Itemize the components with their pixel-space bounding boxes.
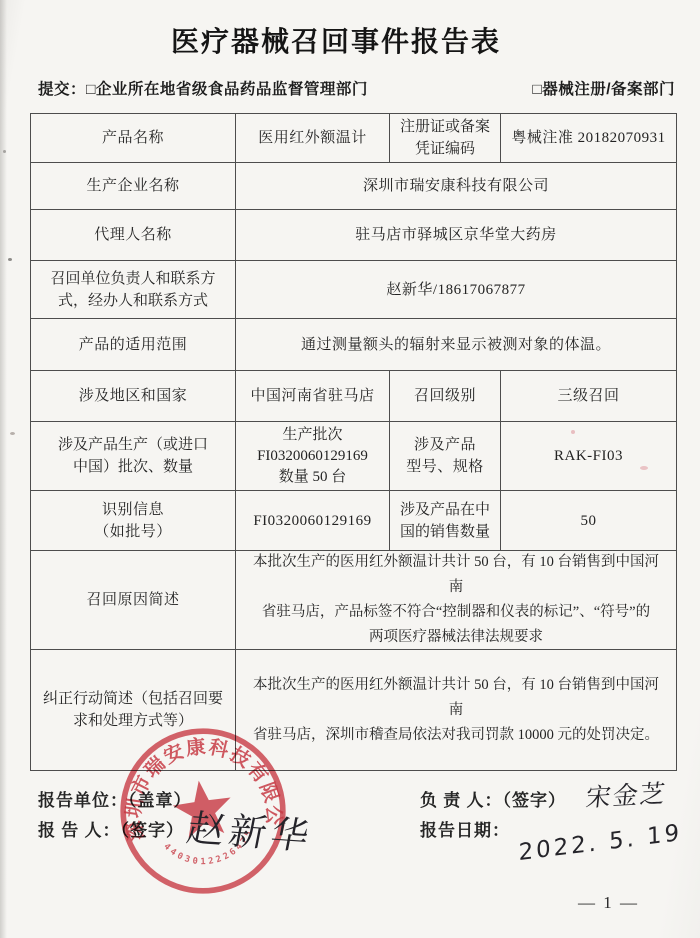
table-row-manufacturer: 生产企业名称 深圳市瑞安康科技有限公司 xyxy=(31,163,676,210)
scan-speck xyxy=(10,432,15,435)
cell-manufacturer-label: 生产企业名称 xyxy=(31,163,236,209)
recall-report-table: 产品名称 医用红外额温计 注册证或备案凭证编码 粤械注准 20182070931… xyxy=(30,113,677,771)
table-row-contact: 召回单位负责人和联系方式，经办人和联系方式 赵新华/18617067877 xyxy=(31,261,676,319)
text-line: 纠正行动简述（包括召回要 xyxy=(43,688,223,710)
text-line: 凭证编码 xyxy=(415,138,475,160)
cell-sales-qty-label: 涉及产品在中国的销售数量 xyxy=(390,491,501,550)
table-row-region: 涉及地区和国家 中国河南省驻马店 召回级别 三级召回 xyxy=(31,371,676,422)
text-line: 数量 50 台 xyxy=(279,467,347,488)
cell-identification-label: 识别信息（如批号） xyxy=(31,491,236,550)
text-line: 赵新华/18617067877 xyxy=(386,279,525,301)
cell-model-label: 涉及产品型号、规格 xyxy=(390,422,501,490)
report-date-label: 报告日期： xyxy=(420,821,510,840)
text-line: FI0320060129169 xyxy=(253,510,371,532)
text-line: 涉及地区和国家 xyxy=(79,385,188,407)
cell-recall-level-label: 召回级别 xyxy=(390,371,501,421)
text-line: 召回单位负责人和联系方 xyxy=(50,268,215,290)
submit-row: 提交：□企业所在地省级食品药品监督管理部门 □器械注册/备案部门 xyxy=(38,77,675,99)
text-line: 中国）批次、数量 xyxy=(73,456,193,478)
text-line: 本批次生产的医用红外额温计共计 50 台，有 10 台销售到中国河南 xyxy=(246,673,666,723)
table-row-product: 产品名称 医用红外额温计 注册证或备案凭证编码 粤械注准 20182070931 xyxy=(31,114,676,163)
cell-contact-label: 召回单位负责人和联系方式，经办人和联系方式 xyxy=(31,261,236,318)
text-line: 两项医疗器械法律法规要求 xyxy=(369,625,543,650)
cell-agent-value: 驻马店市驿城区京华堂大药房 xyxy=(236,210,676,260)
text-line: 驻马店市驿城区京华堂大药房 xyxy=(355,224,557,246)
text-line: 中国河南省驻马店 xyxy=(250,385,374,407)
text-line: 注册证或备案 xyxy=(400,116,490,138)
scan-edge-shadow xyxy=(0,0,7,938)
cell-batch-value: 生产批次FI0320060129169数量 50 台 xyxy=(236,422,390,490)
text-line: RAK-FI03 xyxy=(554,445,623,467)
text-line: 省驻马店，深圳市稽查局依法对我司罚款 10000 元的处罚决定。 xyxy=(253,723,659,748)
responsible-line: 负 责 人：（签字） xyxy=(420,786,566,811)
text-line: FI0320060129169 xyxy=(257,446,368,467)
text-line: 通过测量额头的辐射来显示被测对象的体温。 xyxy=(301,334,611,356)
signature-reporter-handwritten: 赵新华 xyxy=(183,798,319,860)
submit-option-provincial: 提交：□企业所在地省级食品药品监督管理部门 xyxy=(38,77,368,99)
text-line: 国的销售数量 xyxy=(400,521,490,543)
cell-agent-label: 代理人名称 xyxy=(31,210,236,260)
cell-recall-level-value: 三级召回 xyxy=(501,371,676,421)
scan-speck xyxy=(8,258,12,261)
cell-registration-no-label: 注册证或备案凭证编码 xyxy=(390,114,501,162)
cell-scope-value: 通过测量额头的辐射来显示被测对象的体温。 xyxy=(236,319,676,370)
text-line: 召回原因简述 xyxy=(86,589,179,611)
text-line: 产品名称 xyxy=(102,127,164,149)
table-row-batch: 涉及产品生产（或进口中国）批次、数量 生产批次FI0320060129169数量… xyxy=(31,422,676,491)
cell-model-value: RAK-FI03 xyxy=(501,422,676,490)
responsible-label: 负 责 人： xyxy=(420,791,503,810)
submit-label: 提交： xyxy=(38,81,86,98)
cell-sales-qty-value: 50 xyxy=(501,491,676,550)
text-line: 涉及产品在中 xyxy=(400,499,490,521)
cell-batch-label: 涉及产品生产（或进口中国）批次、数量 xyxy=(31,422,236,490)
scan-speck xyxy=(3,150,6,153)
text-line: 本批次生产的医用红外额温计共计 50 台，有 10 台销售到中国河南 xyxy=(246,550,666,600)
text-line: 涉及产品 xyxy=(414,434,476,456)
text-line: 代理人名称 xyxy=(94,224,172,246)
table-row-recall-reason: 召回原因简述 本批次生产的医用红外额温计共计 50 台，有 10 台销售到中国河… xyxy=(31,551,676,650)
form-title: 医疗器械召回事件报告表 xyxy=(0,20,672,60)
table-row-agent: 代理人名称 驻马店市驿城区京华堂大药房 xyxy=(31,210,676,261)
cell-region-value: 中国河南省驻马店 xyxy=(236,371,390,421)
cell-registration-no-value: 粤械注准 20182070931 xyxy=(501,114,676,162)
cell-identification-value: FI0320060129169 xyxy=(236,491,390,550)
table-row-scope: 产品的适用范围 通过测量额头的辐射来显示被测对象的体温。 xyxy=(31,319,676,371)
text-line: 生产企业名称 xyxy=(86,175,179,197)
table-row-identification: 识别信息（如批号） FI0320060129169 涉及产品在中国的销售数量 5… xyxy=(31,491,676,551)
text-line: 式，经办人和联系方式 xyxy=(58,290,208,312)
text-line: 产品的适用范围 xyxy=(79,334,188,356)
cell-contact-value: 赵新华/18617067877 xyxy=(236,261,676,318)
text-line: 50 xyxy=(581,510,597,532)
text-line: 召回级别 xyxy=(414,385,476,407)
cell-region-label: 涉及地区和国家 xyxy=(31,371,236,421)
cell-recall-reason-value: 本批次生产的医用红外额温计共计 50 台，有 10 台销售到中国河南省驻马店，产… xyxy=(236,551,676,649)
text-line: 涉及产品生产（或进口 xyxy=(58,434,208,456)
checkbox-provincial-dept: □企业所在地省级食品药品监督管理部门 xyxy=(86,81,368,98)
cell-recall-reason-label: 召回原因简述 xyxy=(31,551,236,649)
report-date-line: 报告日期： xyxy=(420,816,510,841)
text-line: 生产批次 xyxy=(282,425,342,446)
cell-product-name-value: 医用红外额温计 xyxy=(236,114,390,162)
text-line: 识别信息 xyxy=(102,499,164,521)
responsible-sign-note: （签字） xyxy=(503,791,567,810)
text-line: 医用红外额温计 xyxy=(258,127,367,149)
cell-corrective-action-value: 本批次生产的医用红外额温计共计 50 台，有 10 台销售到中国河南省驻马店，深… xyxy=(236,650,676,770)
reporter-label: 报 告 人： xyxy=(38,821,121,840)
text-line: 三级召回 xyxy=(557,385,619,407)
cell-manufacturer-value: 深圳市瑞安康科技有限公司 xyxy=(236,163,676,209)
page-number: — 1 — xyxy=(578,893,639,913)
scanned-recall-report-page: 医疗器械召回事件报告表 提交：□企业所在地省级食品药品监督管理部门 □器械注册/… xyxy=(0,0,700,938)
text-line: 深圳市瑞安康科技有限公司 xyxy=(363,175,549,197)
signature-responsible-handwritten: 宋金芝 xyxy=(584,774,669,814)
checkbox-registration-dept: □器械注册/备案部门 xyxy=(532,77,675,99)
cell-scope-label: 产品的适用范围 xyxy=(31,319,236,370)
cell-product-name-label: 产品名称 xyxy=(31,114,236,162)
text-line: 型号、规格 xyxy=(406,456,484,478)
text-line: 省驻马店，产品标签不符合“控制器和仪表的标记”、“符号”的 xyxy=(262,600,650,625)
report-date-handwritten: 2022. 5. 19 xyxy=(518,820,682,866)
text-line: 粤械注准 20182070931 xyxy=(511,127,665,149)
text-line: （如批号） xyxy=(94,521,172,543)
